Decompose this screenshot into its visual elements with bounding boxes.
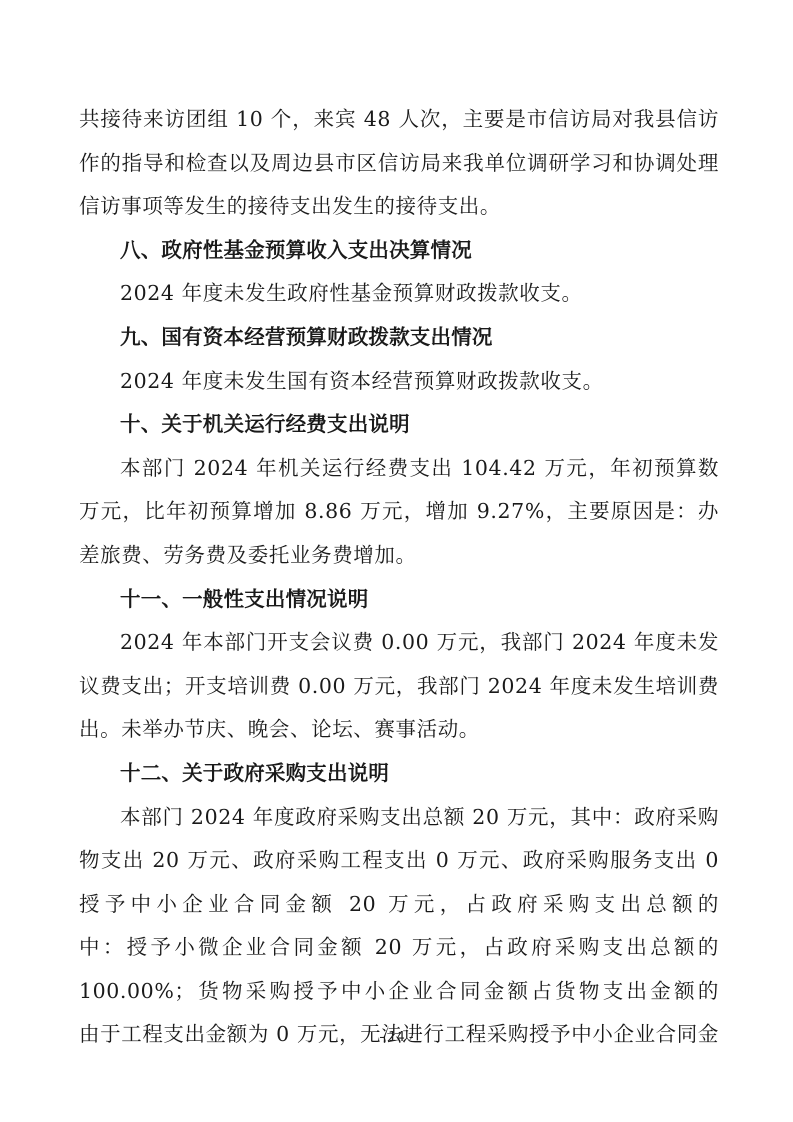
paragraph-line: 万元，比年初预算增加 8.86 万元，增加 9.27%，主要原因是：办公费、 [79, 490, 719, 534]
paragraph-line: 共接待来访团组 10 个，来宾 48 人次，主要是市信访局对我县信访工 [79, 98, 719, 142]
paragraph-line: 物支出 20 万元、政府采购工程支出 0 万元、政府采购服务支出 0 万元。 [79, 839, 719, 883]
document-page: 共接待来访团组 10 个，来宾 48 人次，主要是市信访局对我县信访工 作的指导… [79, 98, 719, 1057]
section-heading-government-fund: 八、政府性基金预算收入支出决算情况 [79, 229, 719, 273]
page-number: - 14 - [0, 1030, 793, 1045]
paragraph-line: 议费支出；开支培训费 0.00 万元，我部门 2024 年度未发生培训费支 [79, 665, 719, 709]
paragraph-line: 本部门 2024 年度政府采购支出总额 20 万元，其中：政府采购货 [79, 796, 719, 840]
paragraph-line: 授予中小企业合同金额 20 万元，占政府采购支出总额的 100.00%，其 [79, 883, 719, 927]
paragraph-line: 本部门 2024 年机关运行经费支出 104.42 万元，年初预算数 95.56 [79, 447, 719, 491]
paragraph-line: 出。未举办节庆、晚会、论坛、赛事活动。 [79, 708, 719, 752]
paragraph-line: 作的指导和检查以及周边县市区信访局来我单位调研学习和协调处理 [79, 142, 719, 186]
paragraph-line: 2024 年度未发生政府性基金预算财政拨款收支。 [79, 272, 719, 316]
paragraph-line: 差旅费、劳务费及委托业务费增加。 [79, 534, 719, 578]
paragraph-line: 中：授予小微企业合同金额 20 万元，占政府采购支出总额的 [79, 926, 719, 970]
paragraph-line: 2024 年度未发生国有资本经营预算财政拨款收支。 [79, 360, 719, 404]
section-heading-general-expenditure: 十一、一般性支出情况说明 [79, 578, 719, 622]
paragraph-line: 100.00%；货物采购授予中小企业合同金额占货物支出金额的 100.00%； [79, 970, 719, 1014]
section-heading-operating-expenses: 十、关于机关运行经费支出说明 [79, 403, 719, 447]
section-heading-state-capital: 九、国有资本经营预算财政拨款支出情况 [79, 316, 719, 360]
paragraph-line: 2024 年本部门开支会议费 0.00 万元，我部门 2024 年度未发生会 [79, 621, 719, 665]
paragraph-line: 信访事项等发生的接待支出发生的接待支出。 [79, 185, 719, 229]
section-heading-government-procurement: 十二、关于政府采购支出说明 [79, 752, 719, 796]
